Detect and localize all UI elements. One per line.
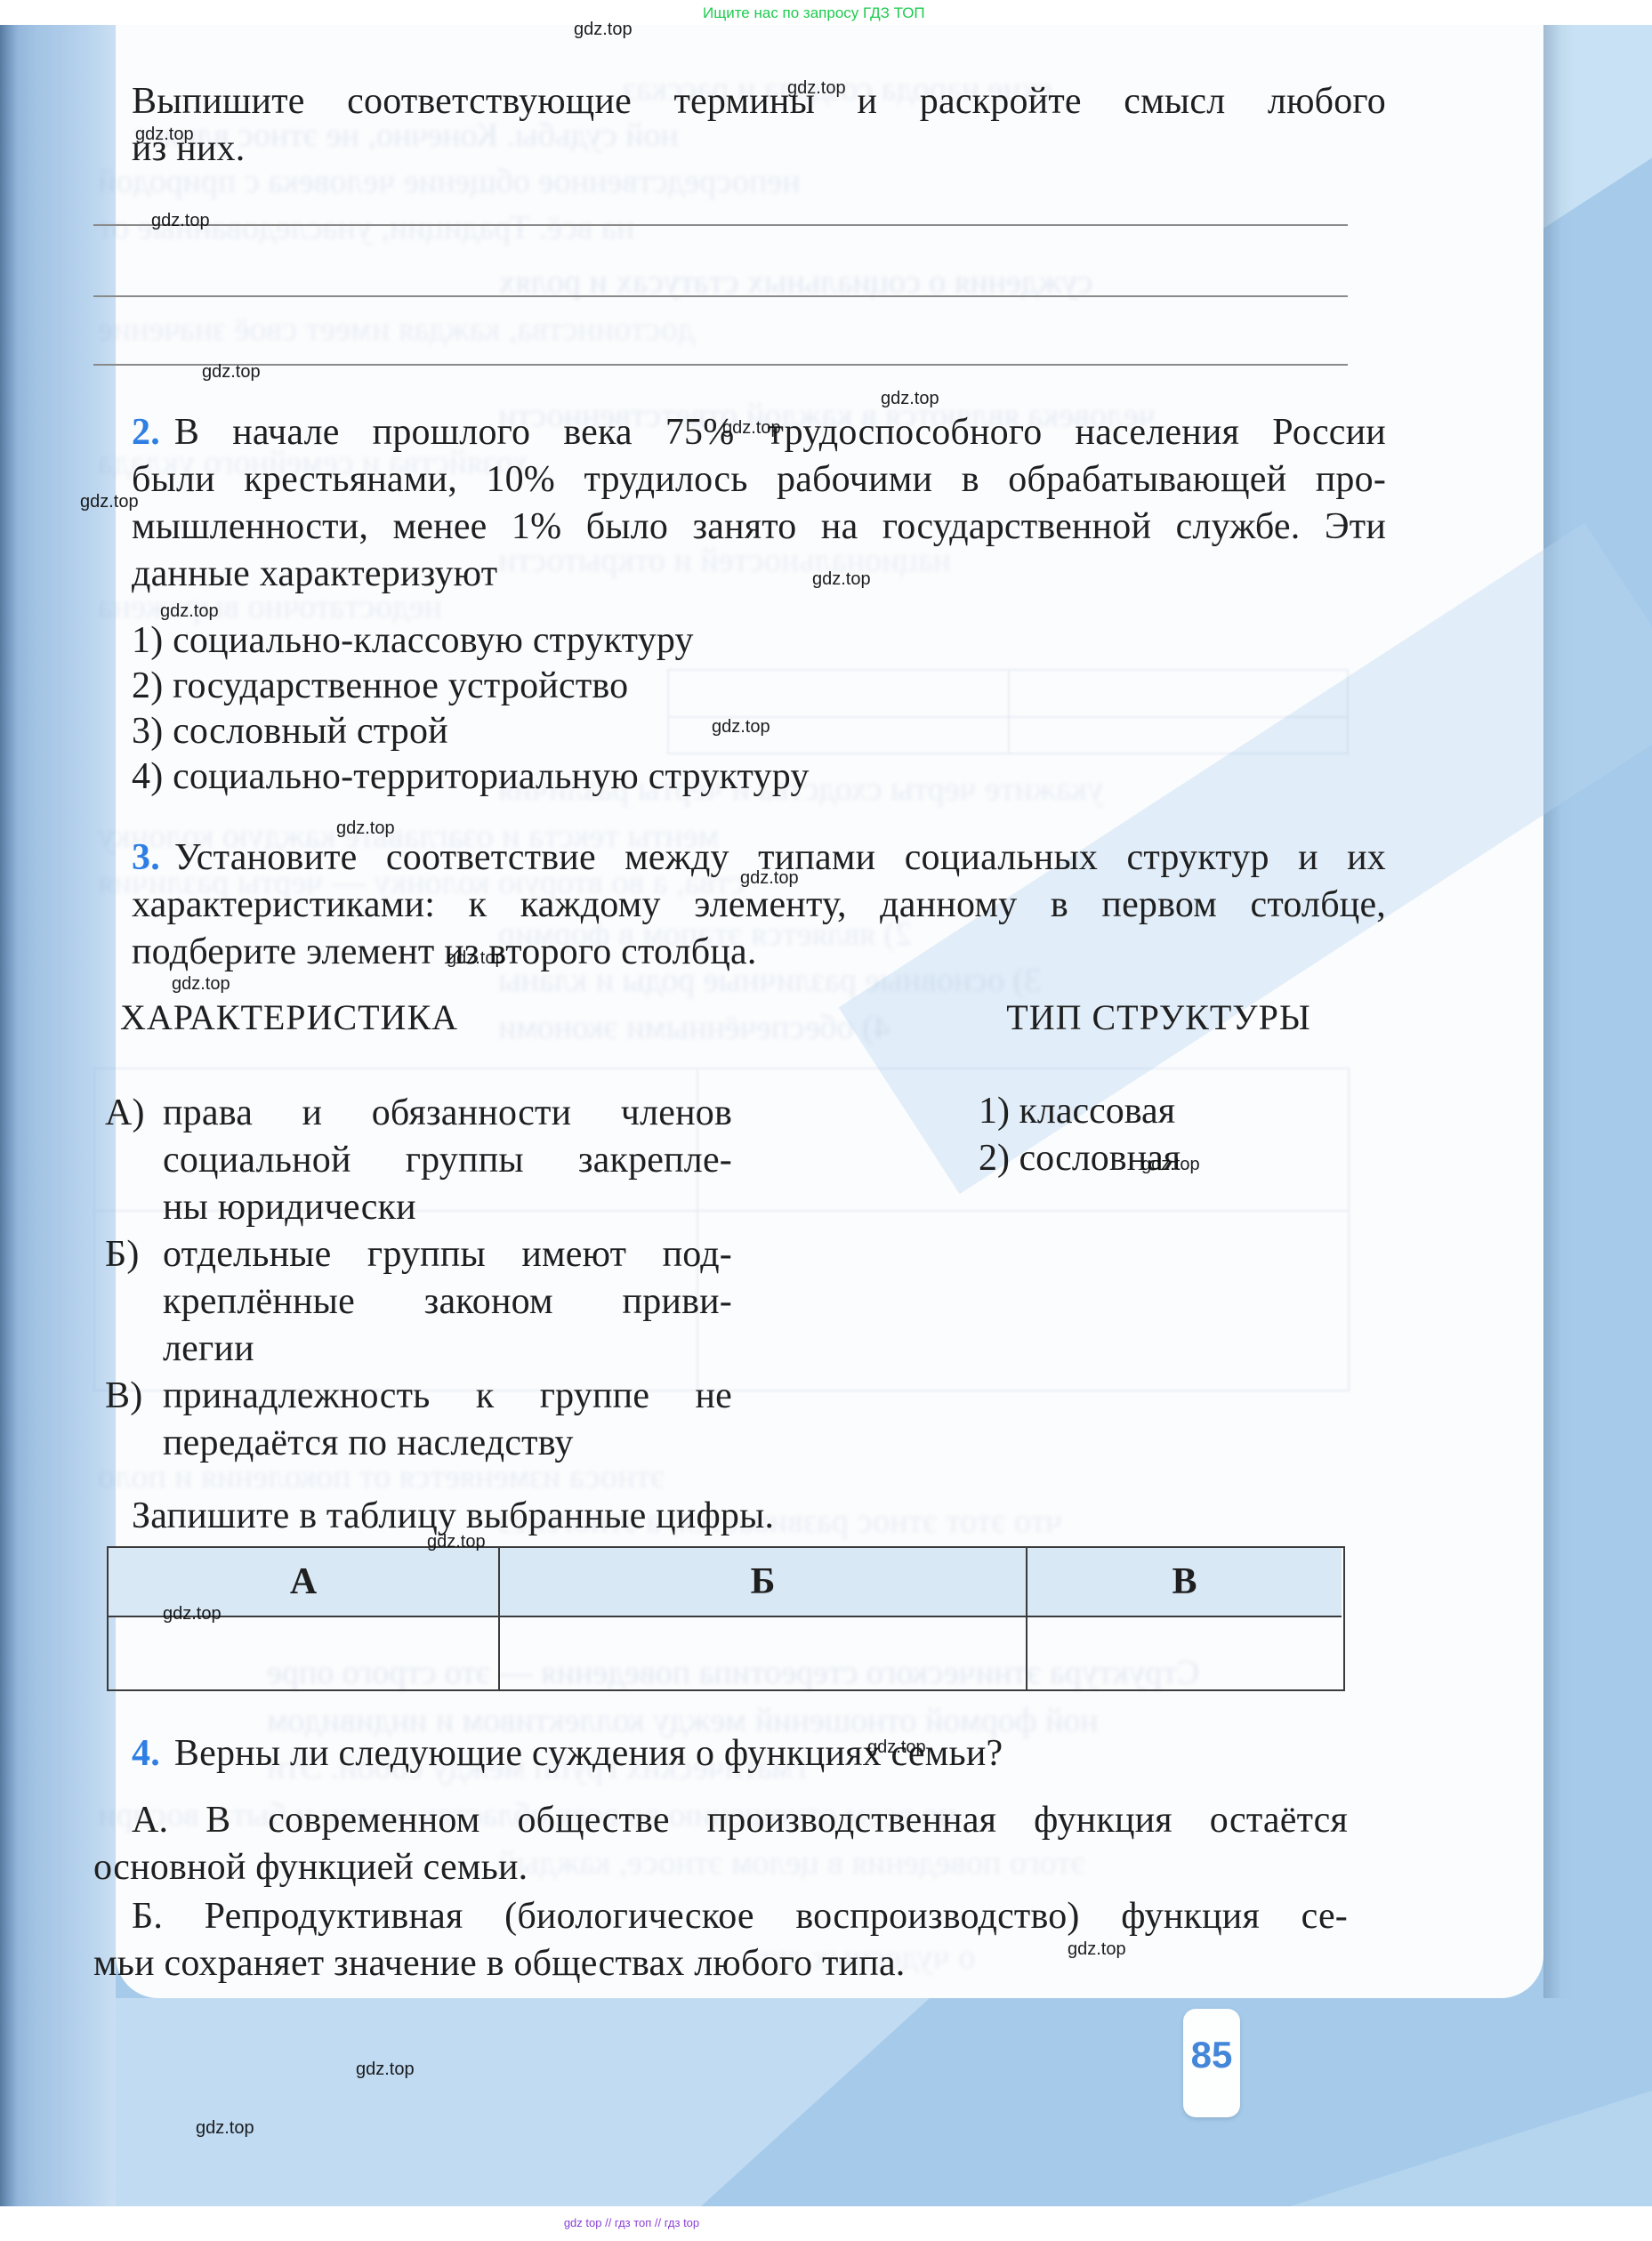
text-line: А. В современном обществе производственн… (93, 1797, 1348, 1844)
text-line: социальной группы закрепле- (163, 1137, 732, 1184)
option-item: 4) социально-территориальную структуру (132, 754, 1342, 800)
gdz-watermark: gdz.top (336, 818, 395, 839)
question-4-text: 4.Верны ли следующие суждения о функциях… (93, 1730, 1386, 1777)
answer-table-header-cell: Б (500, 1548, 1027, 1617)
text-line: были крестьянами, 10% трудилось рабочими… (132, 456, 1386, 504)
intro-paragraph: Выпишите соответствующие термины и раскр… (93, 78, 1386, 173)
gdz-watermark: gdz.top (151, 211, 210, 231)
gdz-watermark: gdz.top (574, 20, 633, 40)
gdz-watermark: gdz.top (447, 948, 505, 969)
text-line: Выпишите соответствующие термины и раскр… (132, 78, 1386, 125)
text-line: из них. (132, 125, 1386, 173)
question-3-text: 3.Установите соответствие между типами с… (93, 834, 1386, 976)
page-number: 85 (1183, 2034, 1240, 2076)
answer-table-empty-cell (109, 1617, 500, 1689)
text-line: креплённые законом приви- (163, 1278, 732, 1326)
question-4-statement-b: Б. Репродуктивная (биологическое воспрои… (93, 1893, 1348, 1987)
scanned-workbook-page: ские народа создала и рассказной судьбы.… (0, 0, 1652, 2241)
gdz-watermark: gdz.top (163, 1604, 222, 1624)
option-item: 2) государственное устройство (132, 664, 1342, 709)
gdz-watermark: gdz.top (722, 418, 781, 439)
matching-item-label: А) (105, 1090, 145, 1137)
footer-site-text: gdz top // гдз топ // гдз top (498, 2216, 765, 2229)
text-line: Запишите в таблицу выбранные цифры. (93, 1493, 1348, 1540)
page-number-badge: 85 (1183, 2009, 1240, 2117)
text-line: мышленности, менее 1% было занято на гос… (132, 504, 1386, 551)
text-line: основной функцией семьи. (93, 1844, 1348, 1891)
gdz-watermark: gdz.top (80, 492, 139, 512)
ghost-text-line: достоинства, каждая имеет своё значение (98, 310, 695, 349)
gdz-watermark: gdz.top (740, 868, 799, 889)
gdz-watermark: gdz.top (867, 1737, 926, 1758)
gdz-watermark: gdz.top (712, 717, 770, 738)
question-number: 2. (132, 412, 174, 453)
text-line: подберите элемент из второго столбца. (132, 929, 1386, 976)
question-2-options: 1) социально-классовую структуру2) госуд… (132, 618, 1342, 800)
text-line: права и обязанности членов (163, 1090, 732, 1137)
text-line: 4.Верны ли следующие суждения о функциях… (132, 1730, 1386, 1777)
text-line: принадлежность к группе не (163, 1373, 732, 1420)
answer-table-header-cell: В (1027, 1548, 1342, 1617)
matching-right-item: 1) классовая (979, 1090, 1175, 1133)
text-line: отдельные группы имеют под- (163, 1231, 732, 1278)
question-number: 4. (132, 1733, 174, 1774)
option-item: 1) социально-классовую структуру (132, 618, 1342, 664)
ghost-text-line: 4) обеспечёнными экономи (498, 1008, 890, 1047)
text-line: легии (163, 1326, 732, 1373)
gdz-watermark: gdz.top (427, 1532, 486, 1552)
answer-blank-line (93, 364, 1348, 366)
matching-item-label: В) (105, 1373, 142, 1420)
right-column-header: ТИП СТРУКТУРЫ (970, 996, 1348, 1038)
gdz-watermark: gdz.top (196, 2118, 254, 2139)
gdz-watermark: gdz.top (1068, 1939, 1126, 1960)
matching-left-column: А)права и обязанности членовсоциальной г… (105, 1090, 732, 1467)
gdz-watermark: gdz.top (356, 2060, 415, 2080)
gdz-watermark: gdz.top (1141, 1155, 1200, 1175)
footer-strip (0, 2206, 1652, 2241)
matching-item-label: Б) (105, 1231, 140, 1278)
matching-item: В)принадлежность к группе непередаётся п… (105, 1373, 732, 1467)
left-column-header: ХАРАКТЕРИСТИКА (93, 996, 485, 1038)
answer-blank-line (93, 224, 1348, 226)
matching-item: А)права и обязанности членовсоциальной г… (105, 1090, 732, 1231)
gdz-watermark: gdz.top (812, 569, 871, 590)
answer-table: АБВ (107, 1546, 1345, 1691)
text-line: мьи сохраняет значение в обществах любог… (93, 1940, 1348, 1987)
text-line: Б. Репродуктивная (биологическое воспрои… (93, 1893, 1348, 1940)
answer-table-empty-cell (500, 1617, 1027, 1689)
text-line: данные характеризуют (132, 551, 1386, 598)
answer-table-empty-cell (1027, 1617, 1342, 1689)
gdz-watermark: gdz.top (135, 125, 194, 145)
gdz-watermark: gdz.top (202, 362, 261, 383)
search-promo-text: Ищите нас по запросу ГДЗ ТОП (703, 4, 925, 22)
page-edge-shadow (1543, 25, 1574, 1998)
question-4-statement-a: А. В современном обществе производственн… (93, 1797, 1348, 1891)
question-number: 3. (132, 837, 174, 878)
table-instruction: Запишите в таблицу выбранные цифры. (93, 1493, 1348, 1540)
text-line: ны юридически (163, 1184, 732, 1231)
gdz-watermark: gdz.top (787, 78, 846, 99)
matching-item: Б)отдельные группы имеют под-креплённые … (105, 1231, 732, 1373)
gdz-watermark: gdz.top (881, 389, 939, 409)
text-line: передаётся по наследству (163, 1420, 732, 1467)
gdz-watermark: gdz.top (172, 974, 230, 995)
answer-blank-line (93, 295, 1348, 297)
gdz-watermark: gdz.top (160, 601, 219, 622)
